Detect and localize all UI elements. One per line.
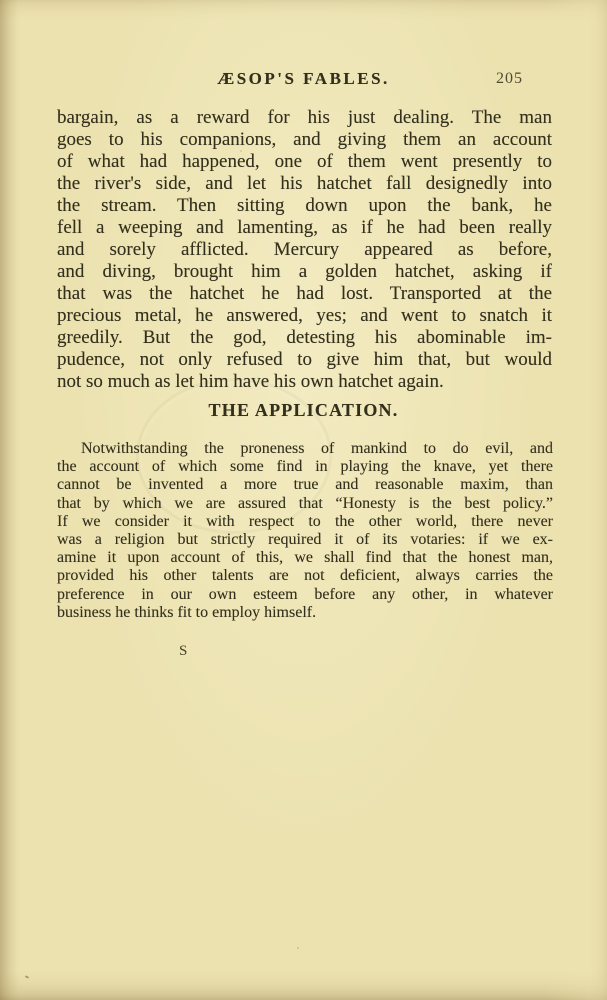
text-line: goes to his companions, and giving them … <box>57 129 552 151</box>
text-line: was a religion but strictly required it … <box>57 531 553 549</box>
text-line: of what had happened, one of them went p… <box>57 151 552 173</box>
text-line: fell a weeping and lamenting, as if he h… <box>57 217 552 239</box>
application-paragraph: Notwithstanding the proneness of mankind… <box>57 440 553 622</box>
text-line: provided his other talents are not defic… <box>57 567 553 585</box>
text-line: the stream. Then sitting down upon the b… <box>57 195 552 217</box>
text-line: preference in our own esteem before any … <box>57 586 553 604</box>
text-line: that by which we are assured that “Hones… <box>57 495 553 513</box>
text-line: If we consider it with respect to the ot… <box>57 513 553 531</box>
paper-speck <box>297 947 299 949</box>
text-line: amine it upon account of this, we shall … <box>57 549 553 567</box>
text-line: and diving, brought him a golden hatchet… <box>57 261 552 283</box>
signature-mark: S <box>179 643 188 660</box>
fable-paragraph: bargain, as a reward for his just dealin… <box>57 107 552 393</box>
text-line: cannot be invented a more true and reaso… <box>57 476 553 494</box>
text-line: pudence, not only refused to give him th… <box>57 349 552 371</box>
text-line: bargain, as a reward for his just dealin… <box>57 107 552 129</box>
text-line: that was the hatchet he had lost. Transp… <box>57 283 552 305</box>
text-line: the river's side, and let his hatchet fa… <box>57 173 552 195</box>
text-line: not so much as let him have his own hatc… <box>57 371 552 393</box>
page-number: 205 <box>496 70 523 88</box>
text-line: the account of which some find in playin… <box>57 458 553 476</box>
text-line: Notwithstanding the proneness of mankind… <box>57 440 553 458</box>
text-line: and sorely afflicted. Mercury appeared a… <box>57 239 552 261</box>
application-heading: THE APPLICATION. <box>0 400 607 421</box>
book-page: ÆSOP'S FABLES. 205 bargain, as a reward … <box>0 0 607 1000</box>
text-line: greedily. But the god, detesting his abo… <box>57 327 552 349</box>
paper-speck <box>25 975 29 979</box>
text-line: precious metal, he answered, yes; and we… <box>57 305 552 327</box>
text-line: business he thinks fit to employ himself… <box>57 604 553 622</box>
